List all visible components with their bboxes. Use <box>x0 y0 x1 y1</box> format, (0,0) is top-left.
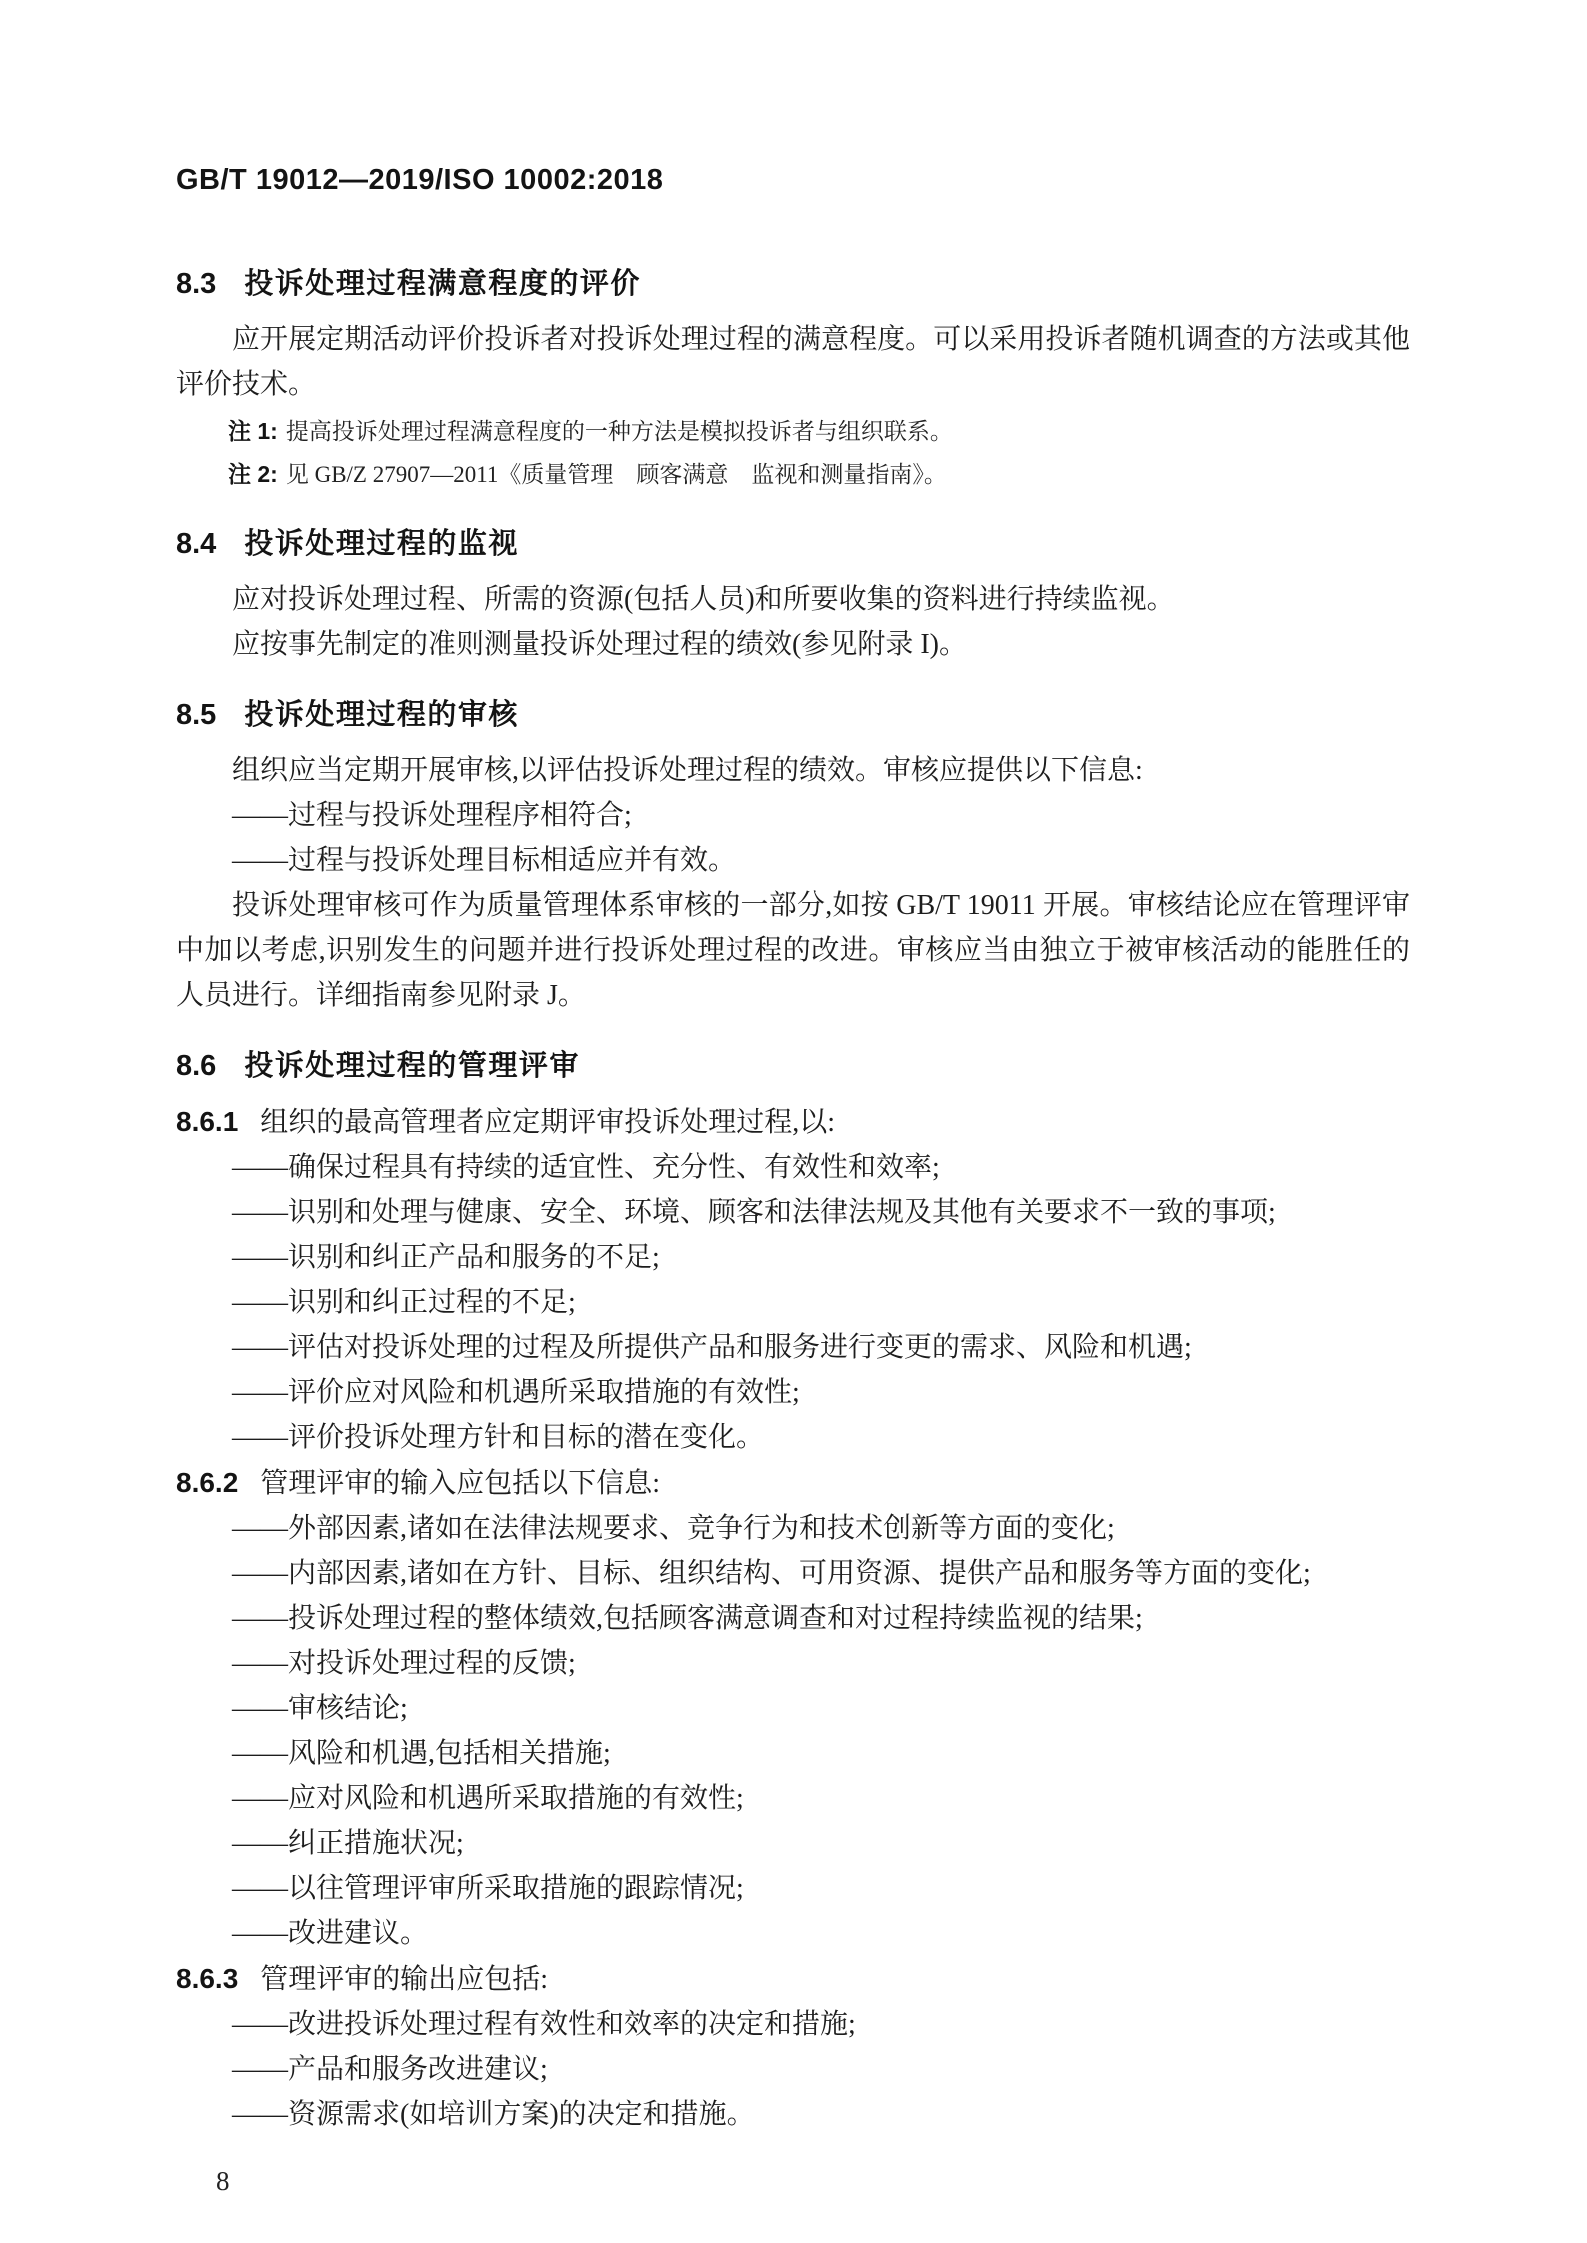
section-heading-8-6: 8.6投诉处理过程的管理评审 <box>176 1044 1410 1089</box>
list-item: ——确保过程具有持续的适宜性、充分性、有效性和效率; <box>176 1145 1410 1190</box>
list-item: ——评估对投诉处理的过程及所提供产品和服务进行变更的需求、风险和机遇; <box>176 1325 1410 1370</box>
note: 注 1:提高投诉处理过程满意程度的一种方法是模拟投诉者与组织联系。 <box>176 410 1410 453</box>
list-item: ——过程与投诉处理目标相适应并有效。 <box>176 838 1410 883</box>
list-item: ——改进投诉处理过程有效性和效率的决定和措施; <box>176 2002 1410 2047</box>
note-label: 注 1: <box>228 418 278 444</box>
list-item: ——内部因素,诸如在方针、目标、组织结构、可用资源、提供产品和服务等方面的变化; <box>176 1551 1410 1596</box>
document-header: GB/T 19012—2019/ISO 10002:2018 <box>176 160 1410 200</box>
paragraph: 组织应当定期开展审核,以评估投诉处理过程的绩效。审核应提供以下信息: <box>176 748 1410 793</box>
list-item: ——改进建议。 <box>176 1911 1410 1956</box>
section-title: 投诉处理过程的监视 <box>244 528 519 560</box>
list-item: ——识别和处理与健康、安全、环境、顾客和法律法规及其他有关要求不一致的事项; <box>176 1190 1410 1235</box>
section-title: 投诉处理过程的管理评审 <box>244 1050 580 1082</box>
list-item: ——评价投诉处理方针和目标的潜在变化。 <box>176 1415 1410 1460</box>
list-item: ——以往管理评审所采取措施的跟踪情况; <box>176 1866 1410 1911</box>
section-heading-8-4: 8.4投诉处理过程的监视 <box>176 522 1410 567</box>
list-item: ——产品和服务改进建议; <box>176 2047 1410 2092</box>
paragraph: 投诉处理审核可作为质量管理体系审核的一部分,如按 GB/T 19011 开展。审… <box>176 883 1410 1018</box>
list-item: ——纠正措施状况; <box>176 1821 1410 1866</box>
subsection-lead-text: 管理评审的输入应包括以下信息: <box>260 1468 660 1499</box>
subsection-lead-8-6-2: 8.6.2管理评审的输入应包括以下信息: <box>176 1460 1410 1506</box>
list-item: ——过程与投诉处理程序相符合; <box>176 793 1410 838</box>
list-item: ——资源需求(如培训方案)的决定和措施。 <box>176 2092 1410 2137</box>
section-heading-8-5: 8.5投诉处理过程的审核 <box>176 693 1410 738</box>
paragraph: 应开展定期活动评价投诉者对投诉处理过程的满意程度。可以采用投诉者随机调查的方法或… <box>176 317 1410 407</box>
subsection-lead-8-6-3: 8.6.3管理评审的输出应包括: <box>176 1956 1410 2002</box>
section-title: 投诉处理过程的审核 <box>244 699 519 731</box>
section-heading-8-3: 8.3投诉处理过程满意程度的评价 <box>176 262 1410 307</box>
list-item: ——识别和纠正过程的不足; <box>176 1280 1410 1325</box>
list-item: ——识别和纠正产品和服务的不足; <box>176 1235 1410 1280</box>
section-number: 8.6 <box>176 1050 216 1082</box>
page-number: 8 <box>176 2159 1410 2204</box>
paragraph: 应对投诉处理过程、所需的资源(包括人员)和所要收集的资料进行持续监视。 <box>176 577 1410 622</box>
subsection-number: 8.6.2 <box>176 1467 238 1498</box>
list-item: ——审核结论; <box>176 1686 1410 1731</box>
subsection-number: 8.6.1 <box>176 1106 238 1137</box>
note-text: 提高投诉处理过程满意程度的一种方法是模拟投诉者与组织联系。 <box>286 419 953 444</box>
section-title: 投诉处理过程满意程度的评价 <box>244 268 641 300</box>
note-text: 见 GB/Z 27907—2011《质量管理 顾客满意 监视和测量指南》。 <box>286 462 947 487</box>
section-number: 8.4 <box>176 528 216 560</box>
standard-number: GB/T 19012—2019/ISO 10002:2018 <box>176 164 663 196</box>
subsection-lead-8-6-1: 8.6.1组织的最高管理者应定期评审投诉处理过程,以: <box>176 1099 1410 1145</box>
section-number: 8.3 <box>176 268 216 300</box>
note: 注 2:见 GB/Z 27907—2011《质量管理 顾客满意 监视和测量指南》… <box>176 453 1410 496</box>
document-page: GB/T 19012—2019/ISO 10002:2018 8.3投诉处理过程… <box>0 0 1587 2243</box>
subsection-number: 8.6.3 <box>176 1963 238 1994</box>
list-item: ——对投诉处理过程的反馈; <box>176 1641 1410 1686</box>
note-label: 注 2: <box>228 461 278 487</box>
subsection-lead-text: 管理评审的输出应包括: <box>260 1964 548 1995</box>
paragraph: 应按事先制定的准则测量投诉处理过程的绩效(参见附录 I)。 <box>176 622 1410 667</box>
list-item: ——投诉处理过程的整体绩效,包括顾客满意调查和对过程持续监视的结果; <box>176 1596 1410 1641</box>
list-item: ——应对风险和机遇所采取措施的有效性; <box>176 1776 1410 1821</box>
section-number: 8.5 <box>176 699 216 731</box>
list-item: ——外部因素,诸如在法律法规要求、竞争行为和技术创新等方面的变化; <box>176 1506 1410 1551</box>
notes-block: 注 1:提高投诉处理过程满意程度的一种方法是模拟投诉者与组织联系。 注 2:见 … <box>176 410 1410 496</box>
list-item: ——评价应对风险和机遇所采取措施的有效性; <box>176 1370 1410 1415</box>
subsection-lead-text: 组织的最高管理者应定期评审投诉处理过程,以: <box>260 1107 835 1138</box>
list-item: ——风险和机遇,包括相关措施; <box>176 1731 1410 1776</box>
